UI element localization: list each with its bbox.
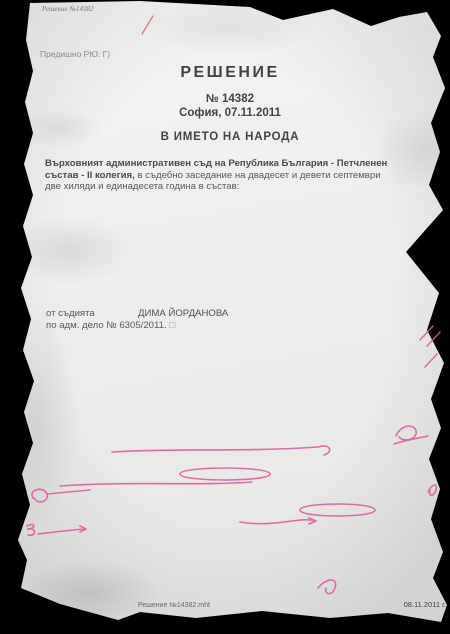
- decision-number: № 14382: [30, 93, 430, 105]
- intro-line3: две хиляди и единадесета година в състав…: [45, 181, 431, 193]
- decision-place-date: София, 07.11.2011: [30, 107, 430, 119]
- footer-filename: Решение №14382.mht: [138, 602, 210, 609]
- intro-line1: Върховният административен съд на Републ…: [45, 158, 431, 170]
- decision-motto: В ИМЕТО НА НАРОДА: [30, 131, 430, 143]
- case-mark: □: [169, 320, 175, 331]
- paper-sheet: Решение №14382 Предишно РЮ: Г) РЕШЕНИЕ №…: [0, 0, 450, 634]
- page-file-note: Решение №14382: [42, 5, 93, 13]
- decision-heading: РЕШЕНИЕ: [30, 64, 430, 82]
- case-number-line: по адм. дело № 6305/2011. □: [46, 320, 175, 331]
- scanned-court-decision: Решение №14382 Предишно РЮ: Г) РЕШЕНИЕ №…: [0, 0, 450, 634]
- previous-ref-label: Предишно РЮ: Г): [40, 49, 110, 59]
- footer-date: 08.11.2011 г.: [360, 600, 446, 609]
- judge-label: от съдията: [46, 308, 95, 319]
- intro-line2: състав - II колегия, в съдебно заседание…: [45, 170, 431, 182]
- judge-name: ДИМА ЙОРДАНОВА: [138, 308, 228, 319]
- intro-paragraph: Върховният административен съд на Републ…: [45, 158, 431, 193]
